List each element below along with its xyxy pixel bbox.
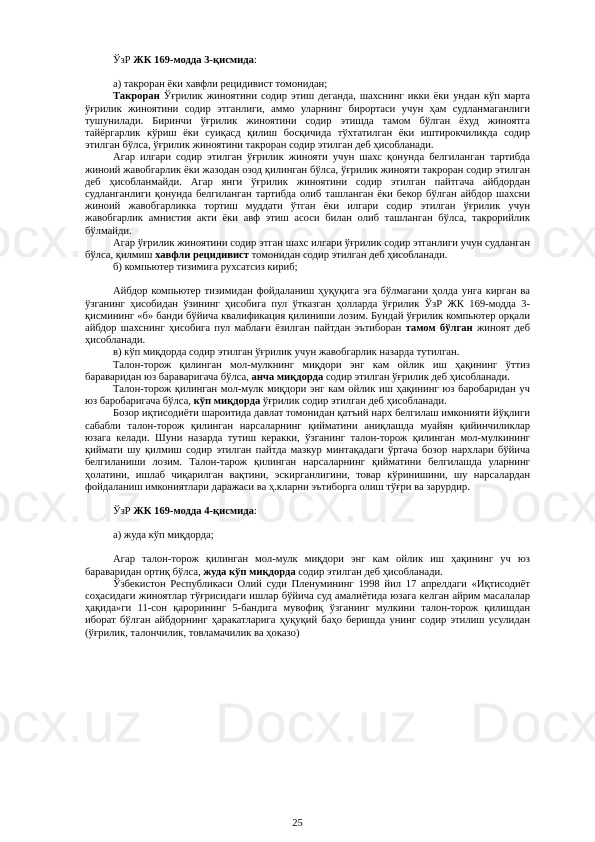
section-heading-part3: ЎзР ЖК 169-модда 3-қисмида: [85, 55, 530, 67]
section-heading-part4: ЎзР ЖК 169-модда 4-қисмида: [85, 506, 530, 518]
paragraph-significant-amount: Талон-торож қилинган мол-мулкнинг миқдор… [85, 360, 530, 384]
watermark: Docx.uz [0, 690, 142, 755]
item-a-part4: а) жуда кўп миқдорда; [85, 530, 530, 542]
item-b: б) компьютер тизимига рухсатсиз кириб; [85, 262, 530, 274]
paragraph-repeat: Такроран Ўғрилик жиноятини содир этиш де… [85, 91, 530, 152]
paragraph-very-large-amount: Агар талон-торож қилинган мол-мулк миқдо… [85, 554, 530, 578]
paragraph-exemption: Агар илгари содир этилган ўғрилик жиноят… [85, 152, 530, 237]
watermark: Docx.uz [215, 690, 417, 755]
paragraph-plenum: Ўзбекистон Республикаси Олий суди Пленум… [85, 579, 530, 640]
item-a: а) такроран ёки хавфли рецидивист томони… [85, 79, 530, 91]
paragraph-computer: Айбдор компьютер тизимидан фойдаланиш ҳу… [85, 286, 530, 347]
watermark: Docx.uz [470, 690, 595, 755]
page-number: 25 [0, 818, 595, 829]
paragraph-large-amount: Талон-торож қилинган мол-мулк миқдори эн… [85, 384, 530, 408]
document-page: ЎзР ЖК 169-модда 3-қисмида: а) такроран … [85, 55, 530, 640]
paragraph-market-value: Бозор иқтисодиёти шароитида давлат томон… [85, 408, 530, 493]
paragraph-recidivist: Агар ўғрилик жиноятини содир этган шахс … [85, 238, 530, 262]
item-v: в) кўп миқдорда содир этилган ўғрилик уч… [85, 347, 530, 359]
